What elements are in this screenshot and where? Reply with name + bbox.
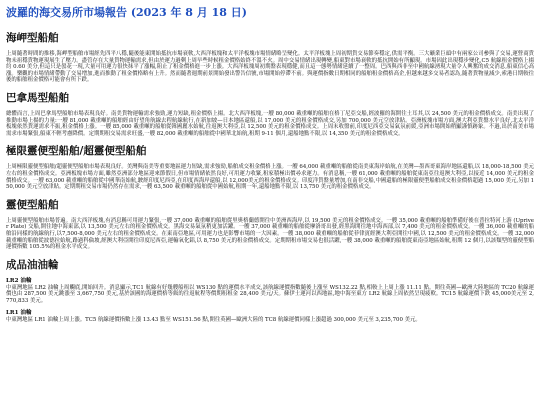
section-paragraph-capesize: 上周隨著時間的推移,海岬型船舶市場經先四平八穩,隨後能東開始抵抗市場衰軟,大西洋… bbox=[6, 51, 534, 84]
section-heading-capesize: 海岬型船舶 bbox=[6, 32, 534, 45]
section-heading-handysize: 靈便型船舶 bbox=[6, 199, 534, 212]
section-clean-tankers: 成品油油輪 LR2 油輪 中東灣地區 LR2 油輪上周觸底,開始回升。消息顯示,… bbox=[6, 259, 534, 324]
section-ultramax-supramax: 極限靈便型船舶/超靈便型船舶 上周極限靈便型船舶/超靈便型船舶市場表現良好。美灣… bbox=[6, 145, 534, 190]
section-paragraph-ultramax-supramax: 上周極限靈便型船舶/超靈便型船舶市場表現良好。美灣與南美等重要地區運力短缺,需求… bbox=[6, 164, 534, 190]
section-heading-panamax: 巴拿馬型船舶 bbox=[6, 92, 534, 105]
subheading-lr2: LR2 油輪 bbox=[6, 278, 534, 285]
section-heading-ultramax-supramax: 極限靈便型船舶/超靈便型船舶 bbox=[6, 145, 534, 158]
section-paragraph-handysize: 上周靈便型船舶市場普遍。南大西洋板塊,有消息稱可用運力緊張,一艘 37,000 … bbox=[6, 218, 534, 251]
section-paragraph-panamax: 總體而言,上周巴拿馬型船舶市場表現良好。南美貨物運輸需求強勁,運力短缺,租金價格… bbox=[6, 111, 534, 137]
paragraph-lr2: 中東灣地區 LR2 油輪上周觸底,開始回升。消息顯示,TC1 航線有好幾艘船租以… bbox=[6, 285, 534, 305]
report-page: 波羅的海交易所市場報告 (2023 年 8 月 18 日) 海岬型船舶 上周隨著… bbox=[0, 0, 540, 324]
paragraph-lr1: 中東灣地區 LR1 油輪上周上漲。TC5 航線運價指數上漲 13.43 點至 W… bbox=[6, 317, 534, 324]
section-panamax: 巴拿馬型船舶 總體而言,上周巴拿馬型船舶市場表現良好。南美貨物運輸需求強勁,運力… bbox=[6, 92, 534, 137]
section-capesize: 海岬型船舶 上周隨著時間的推移,海岬型船舶市場經先四平八穩,隨後能東開始抵抗市場… bbox=[6, 32, 534, 84]
section-heading-clean-tankers: 成品油油輪 bbox=[6, 259, 534, 272]
section-handysize: 靈便型船舶 上周靈便型船舶市場普遍。南大西洋板塊,有消息稱可用運力緊張,一艘 3… bbox=[6, 199, 534, 251]
report-title: 波羅的海交易所市場報告 (2023 年 8 月 18 日) bbox=[6, 6, 534, 20]
